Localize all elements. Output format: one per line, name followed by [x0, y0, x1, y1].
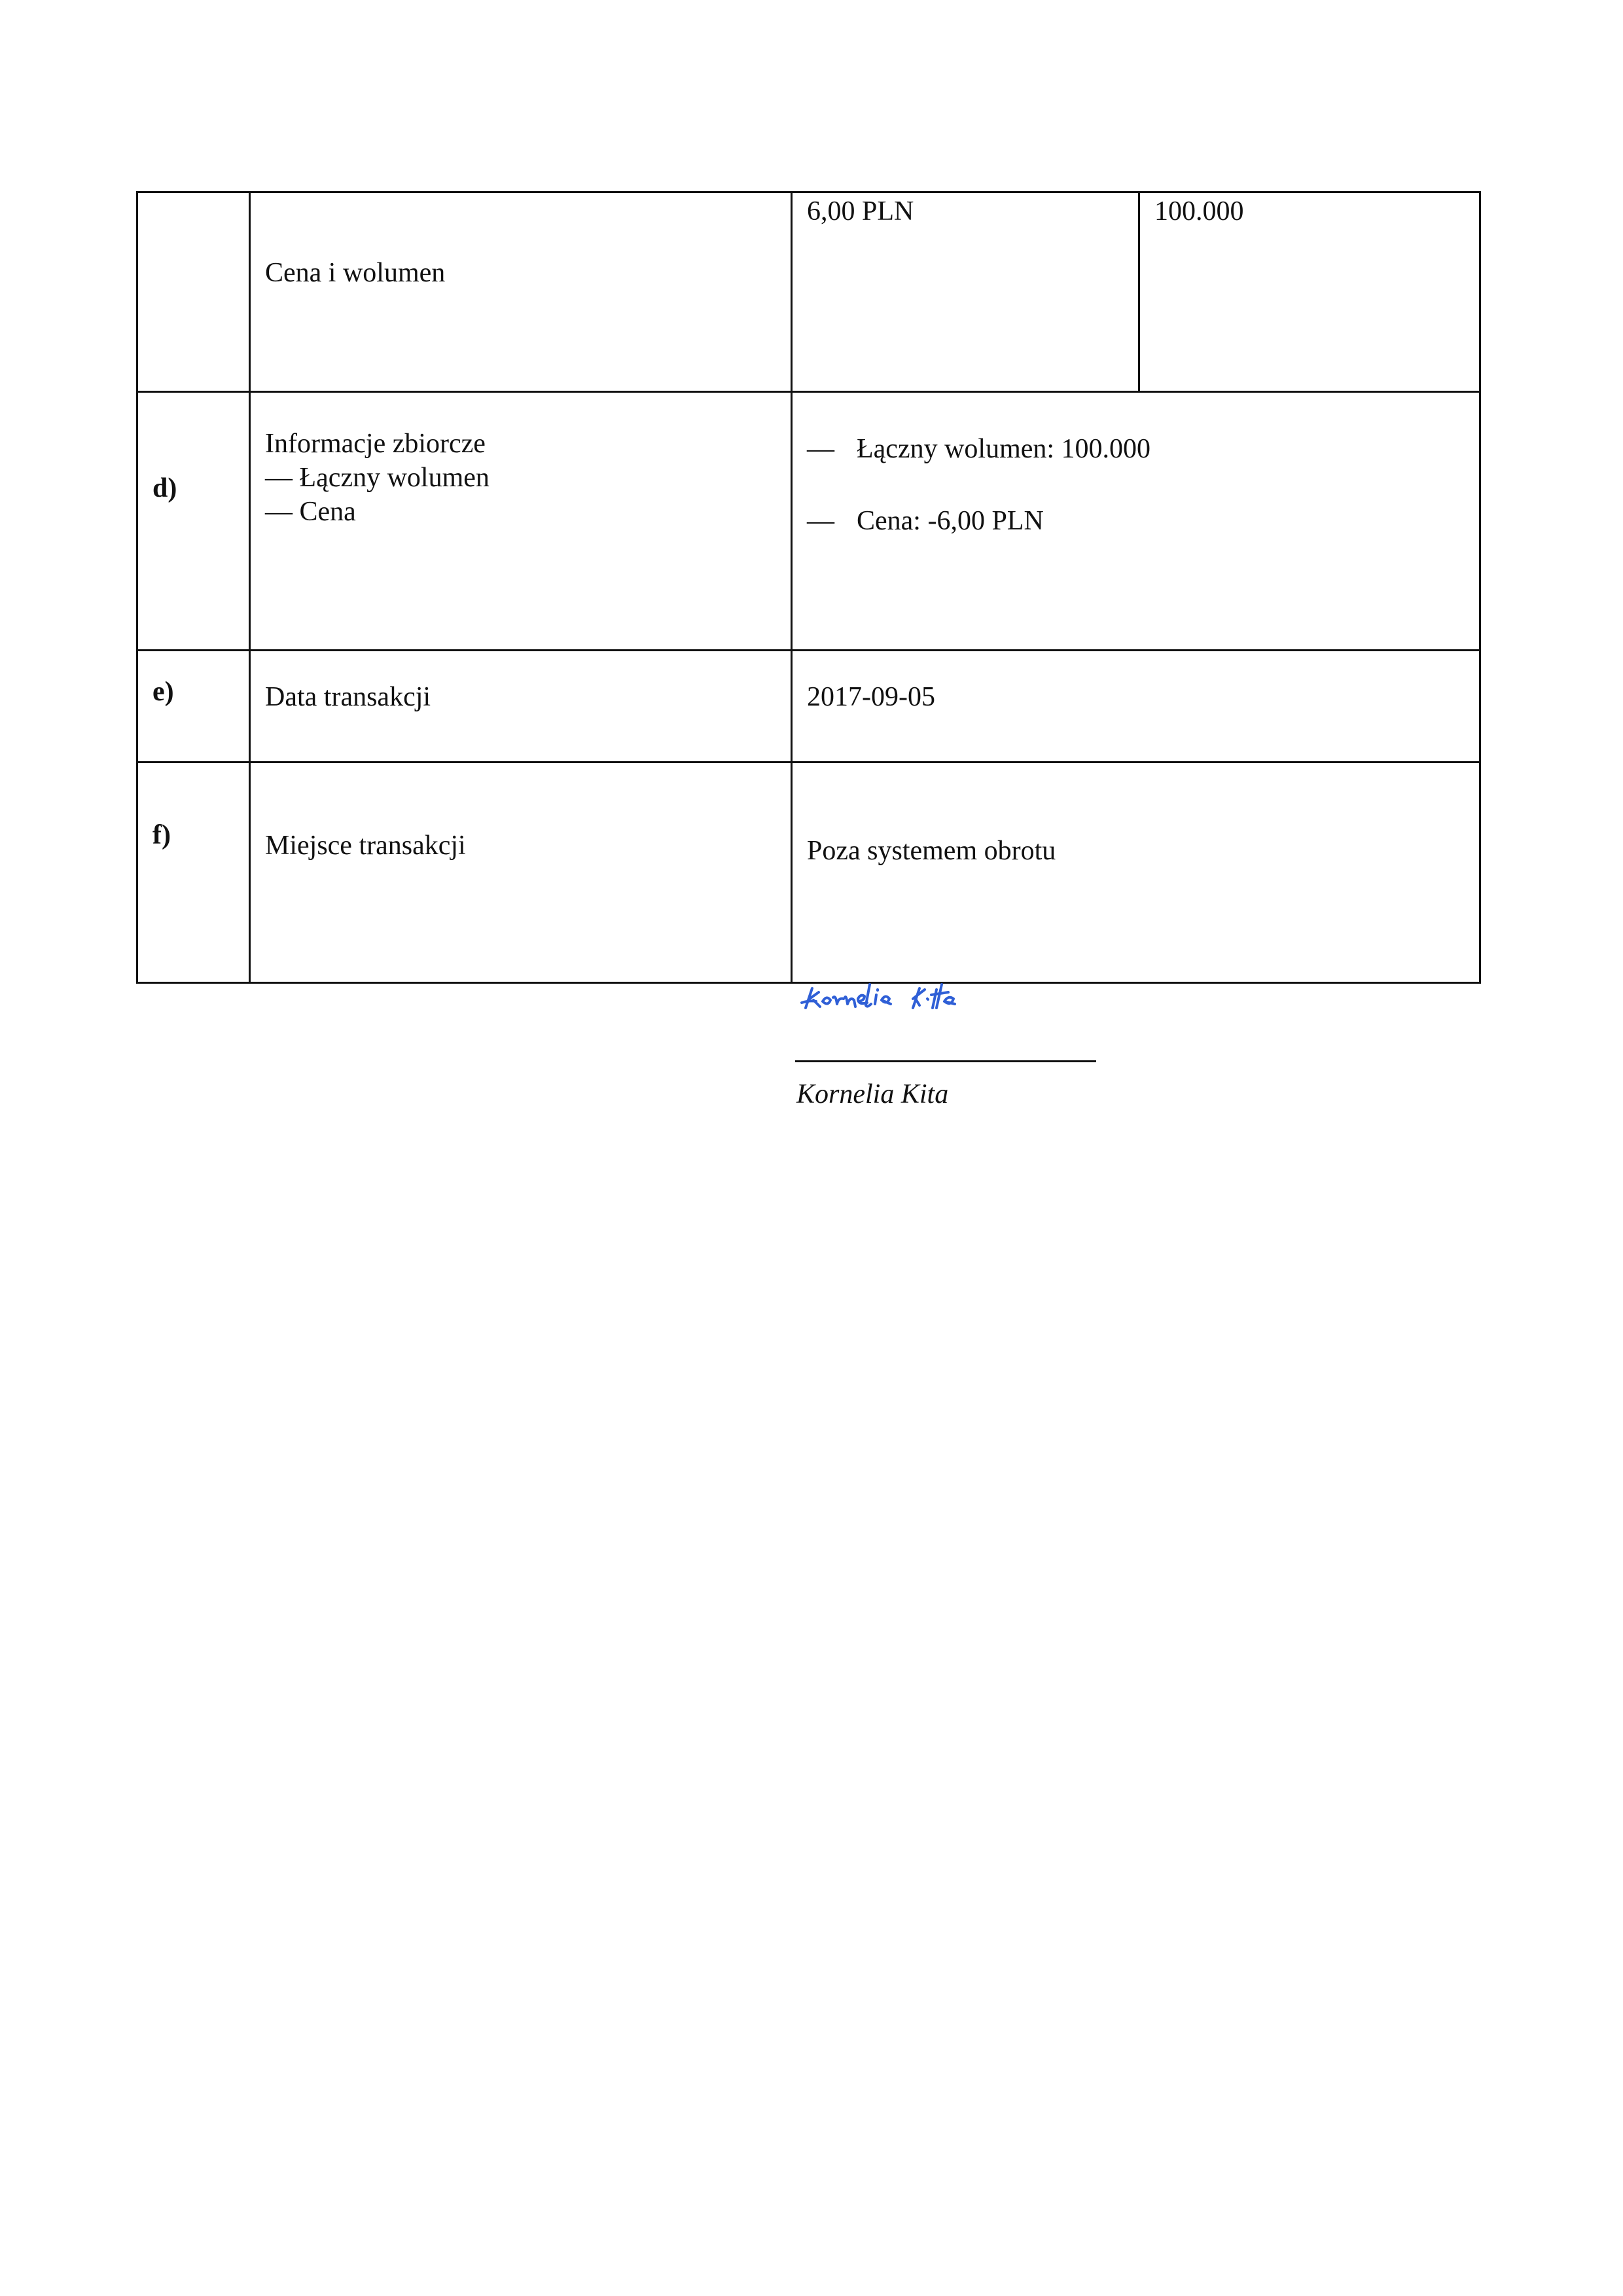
aggregated-price: — Cena: -6,00 PLN: [807, 504, 1465, 538]
row-label: Data transakcji: [250, 651, 792, 762]
label-line: — Cena: [265, 495, 776, 529]
row-label: Informacje zbiorcze — Łączny wolumen — C…: [250, 392, 792, 651]
handwritten-signature-icon: [796, 975, 1012, 1021]
aggregated-values: — Łączny wolumen: 100.000 — Cena: -6,00 …: [792, 392, 1480, 651]
table-row-transaction-date: e) Data transakcji 2017-09-05: [137, 651, 1480, 762]
label-line: Informacje zbiorcze: [265, 427, 776, 461]
signatory-name: Kornelia Kita: [796, 1079, 948, 1110]
row-label: Miejsce transakcji: [250, 762, 792, 983]
table-row-price-volume: Cena i wolumen 6,00 PLN 100.000: [137, 192, 1480, 392]
table-row-transaction-place: f) Miejsce transakcji Poza systemem obro…: [137, 762, 1480, 983]
row-letter: e): [137, 651, 250, 762]
label-line: — Łączny wolumen: [265, 461, 776, 495]
table-row-aggregated-info: d) Informacje zbiorcze — Łączny wolumen …: [137, 392, 1480, 651]
dash-bullet: —: [807, 432, 837, 466]
dash-bullet: —: [807, 504, 837, 538]
volume-value: 100.000: [1139, 192, 1480, 392]
transaction-place-value: Poza systemem obrotu: [792, 762, 1480, 983]
row-letter: [137, 192, 250, 392]
row-label: Cena i wolumen: [250, 192, 792, 392]
signature-line: [795, 1060, 1096, 1062]
row-letter: f): [137, 762, 250, 983]
row-letter: d): [137, 392, 250, 651]
aggregated-volume: — Łączny wolumen: 100.000: [807, 432, 1465, 466]
transaction-details-table: Cena i wolumen 6,00 PLN 100.000 d) Infor…: [136, 191, 1481, 984]
aggregated-price-text: Cena: -6,00 PLN: [857, 504, 1044, 538]
aggregated-volume-text: Łączny wolumen: 100.000: [857, 432, 1150, 466]
transaction-date-value: 2017-09-05: [792, 651, 1480, 762]
price-value: 6,00 PLN: [792, 192, 1139, 392]
